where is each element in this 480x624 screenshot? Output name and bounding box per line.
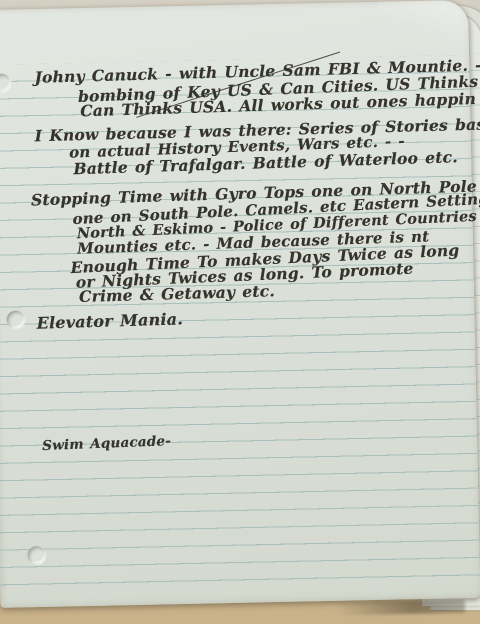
notebook-page: Johny Canuck - with Uncle Sam FBI & Moun… <box>0 0 480 608</box>
page-edge-shadow <box>335 600 465 616</box>
scanned-notebook-photo: Johny Canuck - with Uncle Sam FBI & Moun… <box>0 0 480 624</box>
page-corner-curl <box>378 0 469 52</box>
